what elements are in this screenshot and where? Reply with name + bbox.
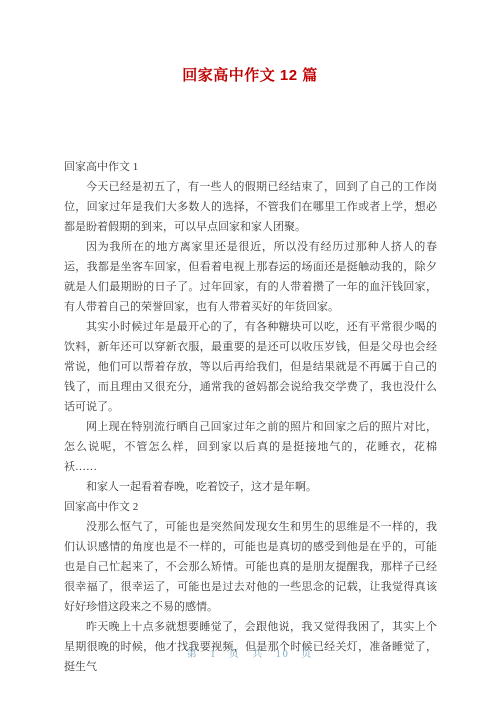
page-number-text: 第 1 页 共 10 页 [187, 649, 314, 660]
paragraph: 今天已经是初五了，有一些人的假期已经结束了，回到了自己的工作岗位，回家过年是我们… [64, 177, 437, 237]
paragraph: 因为我所在的地方离家里还是很近，所以没有经历过那种人挤人的春运，我都是坐客车回家… [64, 237, 437, 317]
document-page: 回家高中作文 12 篇 回家高中作文 1 今天已经是初五了，有一些人的假期已经结… [0, 0, 500, 707]
document-title: 回家高中作文 12 篇 [0, 0, 500, 87]
paragraph: 其实小时候过年是最开心的了，有各种糖块可以吃，还有平常很少喝的饮料，新年还可以穿… [64, 317, 437, 417]
paragraph: 网上现在特别流行晒自己回家过年之前的照片和回家之后的照片对比，怎么说呢，不管怎么… [64, 417, 437, 477]
document-body: 回家高中作文 1 今天已经是初五了，有一些人的假期已经结束了，回到了自己的工作岗… [64, 157, 437, 677]
paragraph: 和家人一起看着春晚，吃着饺子，这才是年啊。 [64, 477, 437, 497]
page-footer: 第 1 页 共 10 页 [0, 645, 500, 660]
section-heading: 回家高中作文 1 [64, 157, 437, 177]
section-heading: 回家高中作文 2 [64, 497, 437, 517]
paragraph: 没那么怄气了，可能也是突然间发现女生和男生的思维是不一样的，我们认识感情的角度也… [64, 517, 437, 617]
